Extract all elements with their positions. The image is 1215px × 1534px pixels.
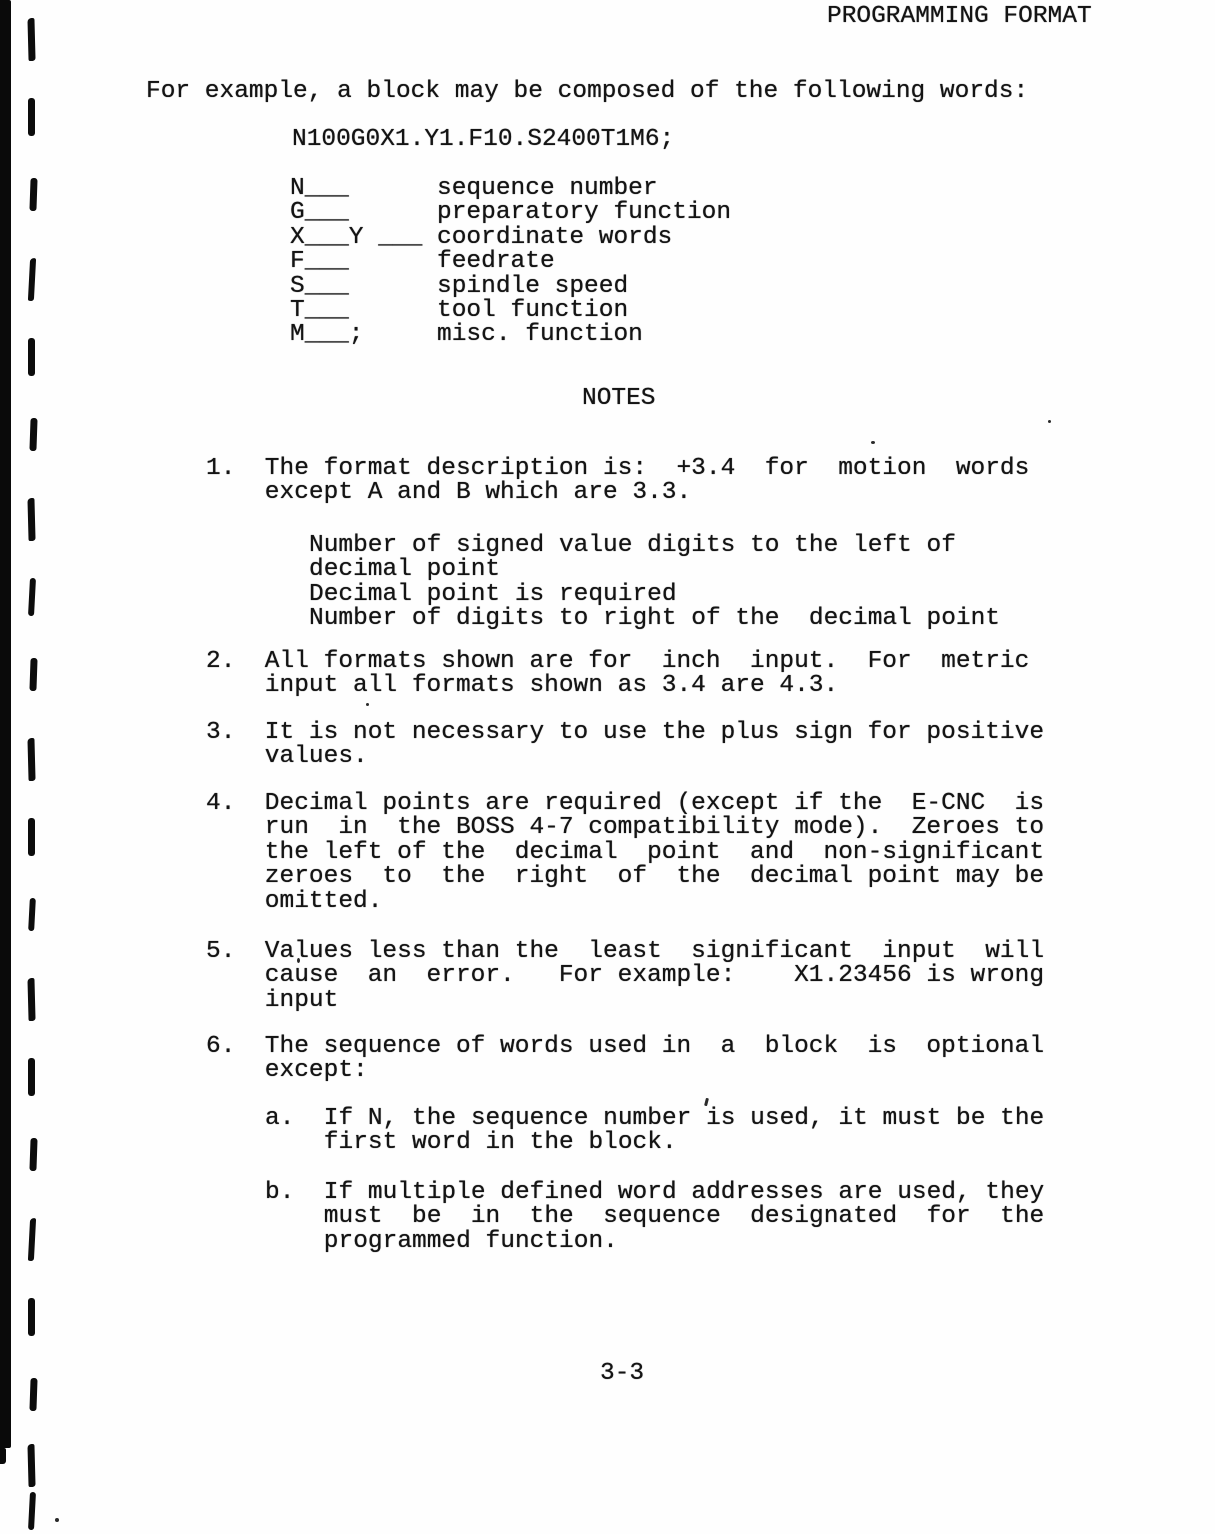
note-item-2: 2. All formats shown are for inch input.… bbox=[206, 650, 1029, 699]
example-code-line: N100G0X1.Y1.F10.S2400T1M6; bbox=[292, 128, 674, 152]
word-definition-row: S___ spindle speed bbox=[290, 275, 731, 299]
binding-marks-column bbox=[0, 0, 60, 1534]
note-line: 2. All formats shown are for inch input.… bbox=[206, 650, 1029, 674]
page-number: 3-3 bbox=[600, 1362, 644, 1386]
binding-mark bbox=[27, 738, 35, 781]
note-line: a. If N, the sequence number is used, it… bbox=[265, 1107, 1044, 1131]
note-line: values. bbox=[206, 745, 1044, 769]
note-line: except A and B which are 3.3. bbox=[206, 481, 1029, 505]
word-definition-row: X___Y ___ coordinate words bbox=[290, 226, 731, 250]
binding-mark bbox=[27, 18, 35, 61]
note-line: the left of the decimal point and non-si… bbox=[206, 841, 1044, 865]
note-line: decimal point bbox=[309, 558, 1000, 582]
word-definition-list: N___ sequence number G___ preparatory fu… bbox=[290, 177, 731, 348]
note-line: 4. Decimal points are required (except i… bbox=[206, 792, 1044, 816]
note-line: first word in the block. bbox=[265, 1131, 1044, 1155]
binding-mark bbox=[27, 978, 35, 1021]
word-definition-row: F___ feedrate bbox=[290, 250, 731, 274]
scan-speck bbox=[871, 441, 875, 444]
binding-mark bbox=[29, 658, 37, 691]
note-line: input all formats shown as 3.4 are 4.3. bbox=[206, 674, 1029, 698]
binding-mark bbox=[28, 338, 35, 376]
scan-speck bbox=[1048, 420, 1051, 423]
note-sub-item-a: a. If N, the sequence number is used, it… bbox=[265, 1107, 1044, 1156]
note-line: 1. The format description is: +3.4 for m… bbox=[206, 457, 1029, 481]
note-item-1: 1. The format description is: +3.4 for m… bbox=[206, 457, 1029, 506]
note-line: zeroes to the right of the decimal point… bbox=[206, 865, 1044, 889]
word-definition-row: G___ preparatory function bbox=[290, 201, 731, 225]
notes-heading: NOTES bbox=[582, 387, 656, 411]
note-1-detail: Number of signed value digits to the lef… bbox=[309, 534, 1000, 632]
scanned-manual-page: PROGRAMMING FORMAT For example, a block … bbox=[0, 0, 1215, 1534]
note-line: omitted. bbox=[206, 890, 1044, 914]
binding-mark bbox=[29, 418, 37, 451]
binding-mark bbox=[29, 1138, 37, 1171]
note-line: 5. Values less than the least significan… bbox=[206, 940, 1044, 964]
binding-mark bbox=[28, 1218, 36, 1261]
note-item-4: 4. Decimal points are required (except i… bbox=[206, 792, 1044, 914]
binding-mark bbox=[27, 498, 35, 541]
note-item-5: 5. Values less than the least significan… bbox=[206, 940, 1044, 1013]
word-definition-row: N___ sequence number bbox=[290, 177, 731, 201]
note-line: except: bbox=[206, 1059, 1044, 1083]
binding-mark bbox=[28, 258, 36, 301]
intro-text: For example, a block may be composed of … bbox=[146, 80, 1028, 104]
note-line: Number of signed value digits to the lef… bbox=[309, 534, 1000, 558]
binding-mark bbox=[28, 98, 35, 136]
note-sub-item-b: b. If multiple defined word addresses ar… bbox=[265, 1181, 1044, 1254]
binding-mark bbox=[28, 818, 35, 856]
word-definition-row: M___; misc. function bbox=[290, 323, 731, 347]
scan-speck bbox=[55, 1518, 59, 1522]
note-line: cause an error. For example: X1.23456 is… bbox=[206, 964, 1044, 988]
note-item-6: 6. The sequence of words used in a block… bbox=[206, 1035, 1044, 1084]
note-line: programmed function. bbox=[265, 1230, 1044, 1254]
binding-mark bbox=[27, 1444, 35, 1487]
binding-mark bbox=[28, 1058, 35, 1096]
note-item-3: 3. It is not necessary to use the plus s… bbox=[206, 721, 1044, 770]
note-line: b. If multiple defined word addresses ar… bbox=[265, 1181, 1044, 1205]
scan-speck bbox=[366, 703, 369, 706]
binding-mark bbox=[29, 178, 37, 211]
word-definition-row: T___ tool function bbox=[290, 299, 731, 323]
note-line: 3. It is not necessary to use the plus s… bbox=[206, 721, 1044, 745]
page-header-title: PROGRAMMING FORMAT bbox=[827, 5, 1092, 29]
binding-mark bbox=[28, 1298, 35, 1336]
note-line: Decimal point is required bbox=[309, 583, 1000, 607]
binding-mark bbox=[28, 578, 36, 616]
binding-mark bbox=[28, 1492, 36, 1530]
note-line: input bbox=[206, 989, 1044, 1013]
note-line: run in the BOSS 4-7 compatibility mode).… bbox=[206, 816, 1044, 840]
binding-mark bbox=[28, 898, 36, 931]
note-line: must be in the sequence designated for t… bbox=[265, 1205, 1044, 1229]
binding-mark bbox=[29, 1378, 37, 1411]
note-line: 6. The sequence of words used in a block… bbox=[206, 1035, 1044, 1059]
note-line: Number of digits to right of the decimal… bbox=[309, 607, 1000, 631]
